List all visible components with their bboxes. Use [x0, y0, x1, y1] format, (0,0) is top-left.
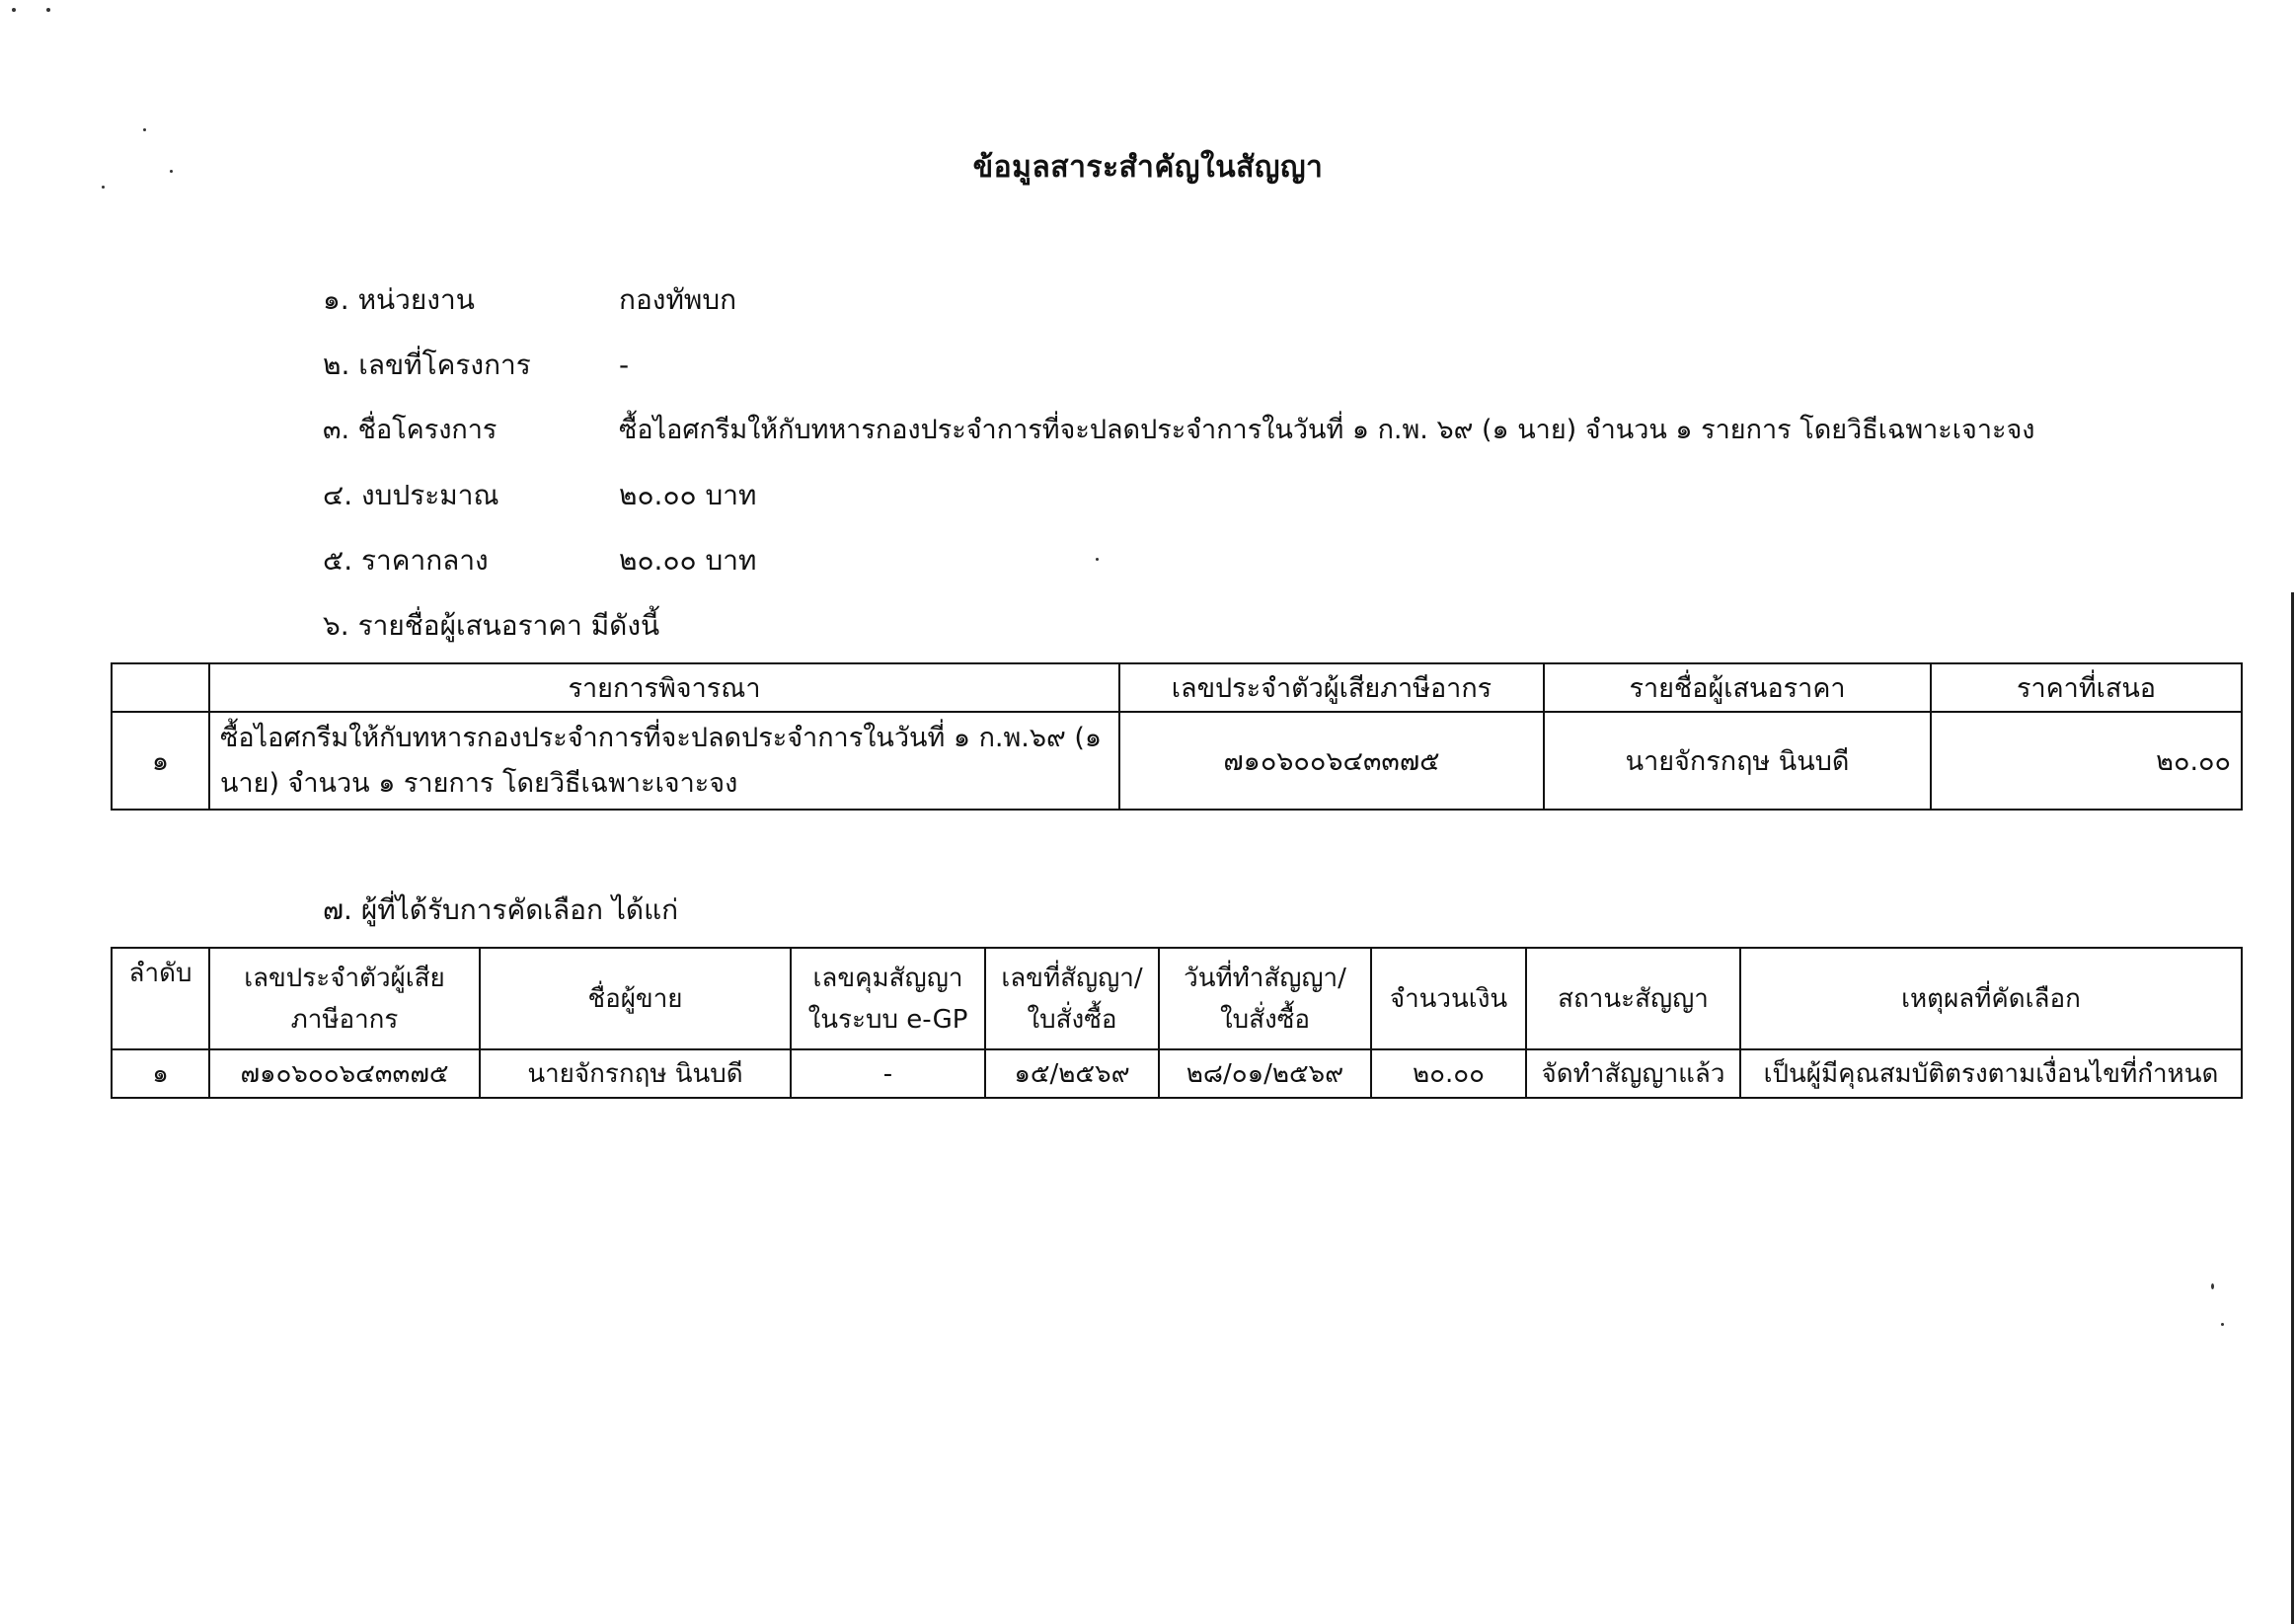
- header-cell: เลขที่สัญญา/ ใบสั่งซื้อ: [985, 948, 1159, 1049]
- info-row-agency: ๑. หน่วยงานกองทัพบก: [323, 280, 736, 320]
- info-value: กองทัพบก: [619, 280, 736, 320]
- scan-speck: [170, 170, 173, 173]
- scan-speck: [2211, 1283, 2214, 1289]
- section6-heading: ๖. รายชื่อผู้เสนอราคา มีดังนี้: [323, 606, 659, 646]
- info-value: -: [619, 346, 629, 385]
- table-row: ๑ ๗๑๐๖๐๐๖๔๓๓๗๕ นายจักรกฤษ นินบดี - ๑๕/๒๕…: [112, 1049, 2242, 1098]
- info-value: ซื้อไอศกรีมให้กับทหารกองประจำการที่จะปลด…: [619, 411, 2035, 450]
- bidders-table: รายการพิจารณา เลขประจำตัวผู้เสียภาษีอากร…: [111, 662, 2243, 811]
- tax-id: ๗๑๐๖๐๐๖๔๓๓๗๕: [1119, 712, 1544, 810]
- selected-vendor-table: ลำดับ เลขประจำตัวผู้เสีย ภาษีอากร ชื่อผู…: [111, 947, 2243, 1099]
- info-row-project-name: ๓. ชื่อโครงการซื้อไอศกรีมให้กับทหารกองปร…: [323, 411, 2035, 450]
- contract-status: จัดทำสัญญาแล้ว: [1526, 1049, 1740, 1098]
- info-value: ๒๐.๐๐ บาท: [619, 476, 756, 515]
- header-cell: ลำดับ: [112, 948, 209, 1049]
- header-cell: วันที่ทำสัญญา/ ใบสั่งซื้อ: [1159, 948, 1371, 1049]
- row-number: ๑: [112, 712, 209, 810]
- selection-reason: เป็นผู้มีคุณสมบัติตรงตามเงื่อนไขที่กำหนด: [1740, 1049, 2242, 1098]
- egp-control-number: -: [791, 1049, 985, 1098]
- info-label: ๕. ราคากลาง: [323, 541, 619, 580]
- info-label: ๒. เลขที่โครงการ: [323, 346, 619, 385]
- header-cell: สถานะสัญญา: [1526, 948, 1740, 1049]
- info-row-median-price: ๕. ราคากลาง๒๐.๐๐ บาท: [323, 541, 756, 580]
- info-label: ๔. งบประมาณ: [323, 476, 619, 515]
- bidder-name: นายจักรกฤษ นินบดี: [1544, 712, 1931, 810]
- info-row-project-number: ๒. เลขที่โครงการ-: [323, 346, 629, 385]
- header-cell: เลขคุมสัญญา ในระบบ e-GP: [791, 948, 985, 1049]
- header-cell: เลขประจำตัวผู้เสียภาษีอากร: [1119, 663, 1544, 712]
- amount: ๒๐.๐๐: [1371, 1049, 1526, 1098]
- contract-date: ๒๘/๐๑/๒๕๖๙: [1159, 1049, 1371, 1098]
- row-number: ๑: [112, 1049, 209, 1098]
- scan-speck: [1096, 558, 1099, 561]
- header-cell: ชื่อผู้ขาย: [480, 948, 791, 1049]
- scan-speck: [12, 8, 16, 12]
- header-cell: เลขประจำตัวผู้เสีย ภาษีอากร: [209, 948, 480, 1049]
- section7-heading: ๗. ผู้ที่ได้รับการคัดเลือก ได้แก่: [323, 890, 678, 930]
- scan-speck: [46, 8, 50, 12]
- offered-price: ๒๐.๐๐: [1931, 712, 2242, 810]
- header-cell: [112, 663, 209, 712]
- info-label: ๑. หน่วยงาน: [323, 280, 619, 320]
- header-cell: จำนวนเงิน: [1371, 948, 1526, 1049]
- scan-speck: [143, 128, 146, 131]
- info-value: ๒๐.๐๐ บาท: [619, 541, 756, 580]
- header-cell: เหตุผลที่คัดเลือก: [1740, 948, 2242, 1049]
- scan-speck: [2221, 1323, 2224, 1326]
- info-row-budget: ๔. งบประมาณ๒๐.๐๐ บาท: [323, 476, 756, 515]
- scan-edge-line: [2291, 592, 2294, 1624]
- tax-id: ๗๑๐๖๐๐๖๔๓๓๗๕: [209, 1049, 480, 1098]
- document-title: ข้อมูลสาระสำคัญในสัญญา: [0, 144, 2296, 191]
- seller-name: นายจักรกฤษ นินบดี: [480, 1049, 791, 1098]
- header-cell: รายการพิจารณา: [209, 663, 1119, 712]
- info-label: ๓. ชื่อโครงการ: [323, 411, 619, 450]
- scan-speck: [102, 186, 105, 189]
- table-header-row: ลำดับ เลขประจำตัวผู้เสีย ภาษีอากร ชื่อผู…: [112, 948, 2242, 1049]
- table-header-row: รายการพิจารณา เลขประจำตัวผู้เสียภาษีอากร…: [112, 663, 2242, 712]
- header-cell: ราคาที่เสนอ: [1931, 663, 2242, 712]
- contract-number: ๑๕/๒๕๖๙: [985, 1049, 1159, 1098]
- header-cell: รายชื่อผู้เสนอราคา: [1544, 663, 1931, 712]
- table-row: ๑ ซื้อไอศกรีมให้กับทหารกองประจำการที่จะป…: [112, 712, 2242, 810]
- item-description: ซื้อไอศกรีมให้กับทหารกองประจำการที่จะปลด…: [209, 712, 1119, 810]
